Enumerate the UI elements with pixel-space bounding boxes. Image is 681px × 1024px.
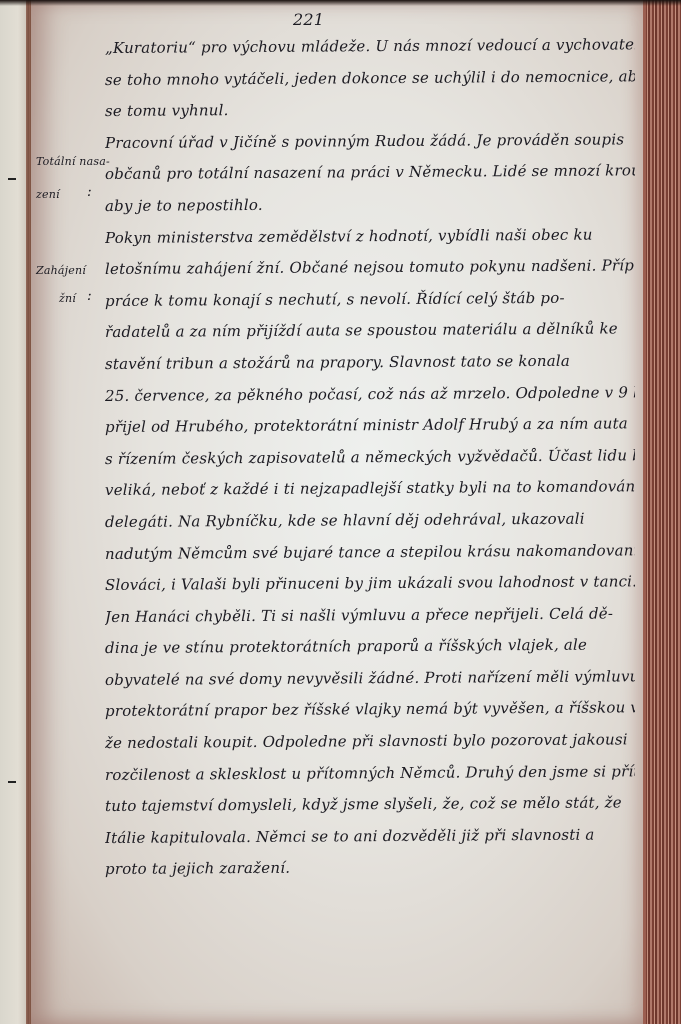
text-line: s řízením českých zapisovatelů a německý…: [105, 440, 635, 475]
text-line: Pokyn ministerstva zemědělství z hodnotí…: [105, 219, 635, 254]
chronicle-page: 221 Totální nasa- zení : Zahájení žní : …: [31, 0, 643, 1024]
text-line: obyvatelé na své domy nevyvěsili žádné. …: [105, 661, 635, 696]
text-line: stavění tribun a stožárů na prapory. Sla…: [105, 345, 635, 380]
margin-note-harvest-start: Zahájení: [36, 264, 86, 278]
margin-note-total-deployment: Totální nasa-: [36, 155, 110, 169]
text-line: letošnímu zahájení žní. Občané nejsou to…: [105, 250, 635, 285]
text-line: řadatelů a za ním přijíždí auta se spous…: [105, 314, 635, 349]
text-line: protektorátní prapor bez říšské vlajky n…: [105, 693, 635, 728]
text-line: přijel od Hrubého, protektorátní ministr…: [105, 408, 635, 443]
text-line: se tomu vyhnul.: [105, 92, 635, 127]
margin-note-total-deployment-cont: zení: [36, 188, 60, 202]
text-line: delegáti. Na Rybníčku, kde se hlavní děj…: [105, 503, 635, 538]
text-line: tuto tajemství domysleli, když jsme slyš…: [105, 788, 635, 823]
page-edges-stack: [643, 0, 681, 1024]
text-line: Pracovní úřad v Jičíně s povinným Rudou …: [105, 124, 635, 159]
text-line: rozčilenost a sklesklost u přítomných Ně…: [105, 756, 635, 791]
text-line: dina je ve stínu protektorátních praporů…: [105, 630, 635, 665]
scanned-book-spread: 221 Totální nasa- zení : Zahájení žní : …: [0, 0, 681, 1024]
text-line: veliká, neboť z každé i ti nejzapadlejší…: [105, 472, 635, 507]
text-line: Jen Hanáci chyběli. Ti si našli výmluvu …: [105, 598, 635, 633]
text-line: 25. července, za pěkného počasí, což nás…: [105, 377, 635, 412]
top-shadow: [0, 0, 681, 6]
page-number: 221: [293, 10, 324, 29]
ink-mark: [8, 178, 16, 180]
handwritten-body-text: „Kuratoriu“ pro výchovu mládeže. U nás m…: [105, 33, 635, 886]
text-line: se toho mnoho vytáčeli, jeden dokonce se…: [105, 61, 635, 96]
text-line: aby je to nepostihlo.: [105, 187, 635, 222]
text-line: že nedostali koupit. Odpoledne při slavn…: [105, 724, 635, 759]
margin-colon: :: [87, 184, 92, 200]
text-line: Slováci, i Valaši byli přinuceni by jim …: [105, 566, 635, 601]
text-line: proto ta jejich zaražení.: [105, 851, 635, 886]
margin-note-harvest-start-cont: žní: [59, 292, 76, 306]
ink-mark: [8, 781, 16, 783]
text-line: občanů pro totální nasazení na práci v N…: [105, 156, 635, 191]
text-line: práce k tomu konají s nechutí, s nevolí.…: [105, 282, 635, 317]
text-line: „Kuratoriu“ pro výchovu mládeže. U nás m…: [105, 29, 635, 64]
margin-colon: :: [87, 288, 92, 304]
text-line: nadutým Němcům své bujaré tance a stepil…: [105, 535, 635, 570]
text-line: Itálie kapitulovala. Němci se to ani doz…: [105, 819, 635, 854]
